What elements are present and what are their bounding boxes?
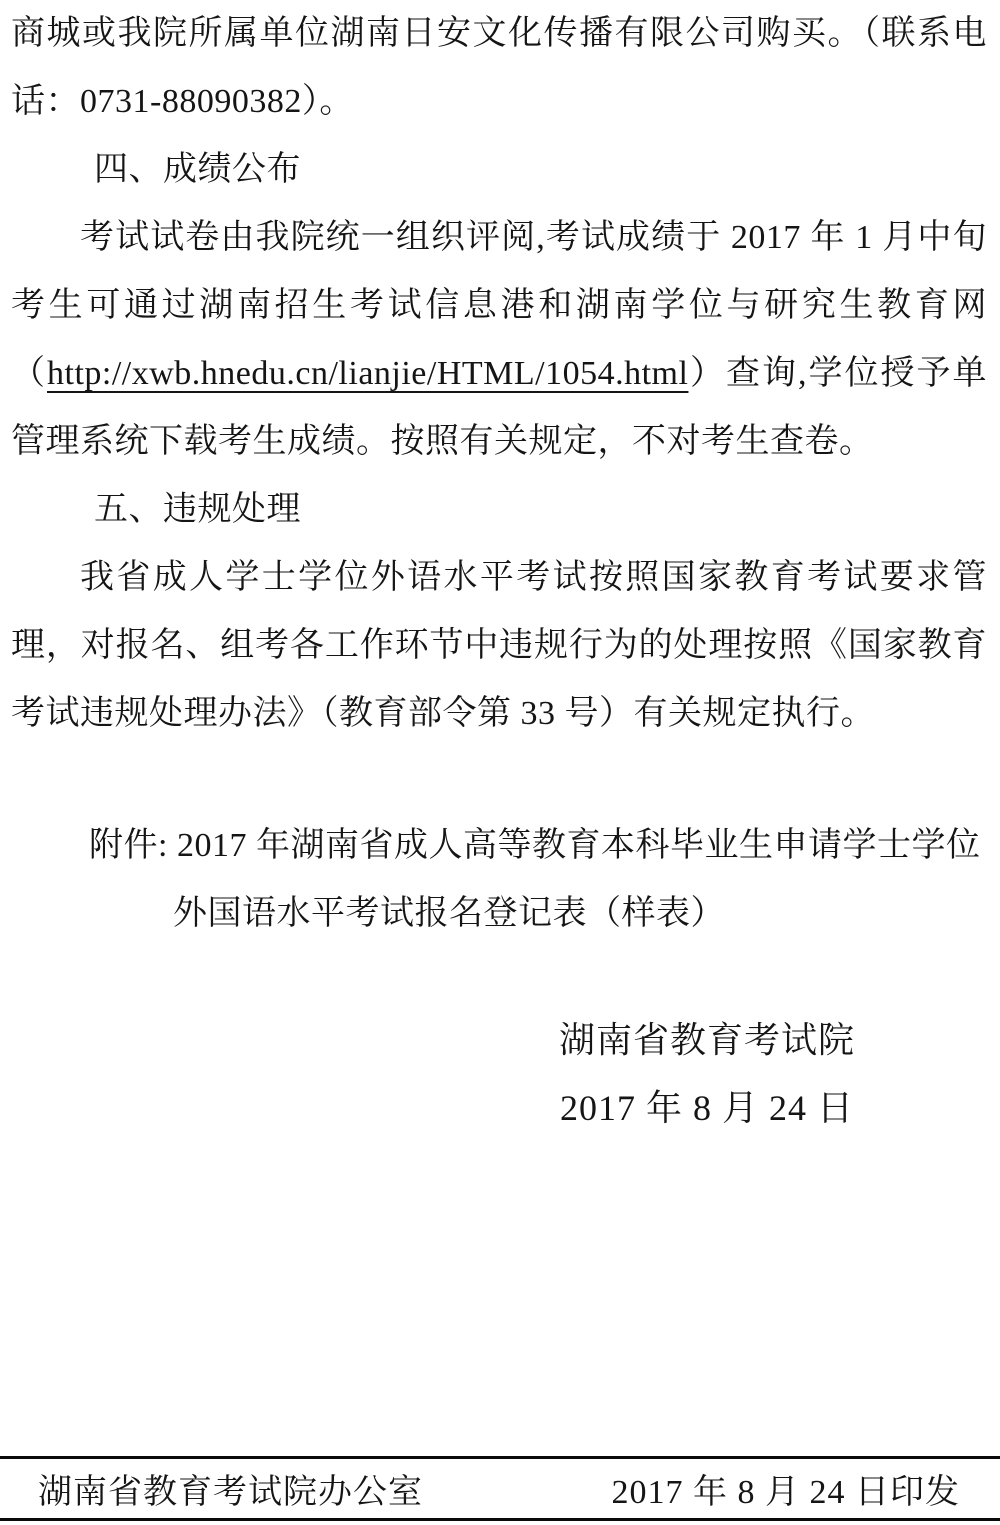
body-line-carryover-2: 话：0731-88090382）。 <box>11 68 987 136</box>
footer-issue-date: 2017 年 8 月 24 日印发 <box>612 1464 961 1513</box>
section-heading-4: 四、成绩公布 <box>11 136 987 204</box>
url-paren-open: （ <box>11 355 47 392</box>
body-line-carryover-1: 商城或我院所属单位湖南日安文化传播有限公司购买。（联系电 <box>11 0 987 68</box>
section4-line-2: 考生可通过湖南招生考试信息港和湖南学位与研究生教育网 <box>11 272 987 340</box>
url-link[interactable]: http://xwb.hnedu.cn/lianjie/HTML/1054.ht… <box>47 355 688 392</box>
section5-line-1: 我省成人学士学位外语水平考试按照国家教育考试要求管 <box>11 544 987 612</box>
signature-organization: 湖南省教育考试院 <box>540 1006 874 1074</box>
section5-line-3: 考试违规处理办法》（教育部令第 33 号）有关规定执行。 <box>11 680 987 748</box>
section4-line-url: （http://xwb.hnedu.cn/lianjie/HTML/1054.h… <box>11 340 987 408</box>
footer-row: 湖南省教育考试院办公室 2017 年 8 月 24 日印发 <box>0 1459 1000 1518</box>
attachment-line-1: 附件: 2017 年湖南省成人高等教育本科毕业生申请学士学位 <box>11 812 987 880</box>
signature-date: 2017 年 8 月 24 日 <box>540 1074 874 1142</box>
footer-office: 湖南省教育考试院办公室 <box>38 1464 423 1513</box>
document-body: 商城或我院所属单位湖南日安文化传播有限公司购买。（联系电 话：0731-8809… <box>11 0 987 948</box>
attachment-line-2: 外国语水平考试报名登记表（样表） <box>11 880 987 948</box>
document-page: 商城或我院所属单位湖南日安文化传播有限公司购买。（联系电 话：0731-8809… <box>0 0 1000 1525</box>
section5-line-2: 理，对报名、组考各工作环节中违规行为的处理按照《国家教育 <box>11 612 987 680</box>
section4-line-4: 管理系统下载考生成绩。按照有关规定，不对考生查卷。 <box>11 408 987 476</box>
section4-line-1: 考试试卷由我院统一组织评阅,考试成绩于 2017 年 1 月中旬公布， <box>11 204 987 272</box>
signature-block: 湖南省教育考试院 2017 年 8 月 24 日 <box>540 1006 874 1142</box>
attachment-note: 附件: 2017 年湖南省成人高等教育本科毕业生申请学士学位 外国语水平考试报名… <box>11 812 987 948</box>
footer-rule-bottom <box>0 1518 1000 1521</box>
section-heading-5: 五、违规处理 <box>11 476 987 544</box>
